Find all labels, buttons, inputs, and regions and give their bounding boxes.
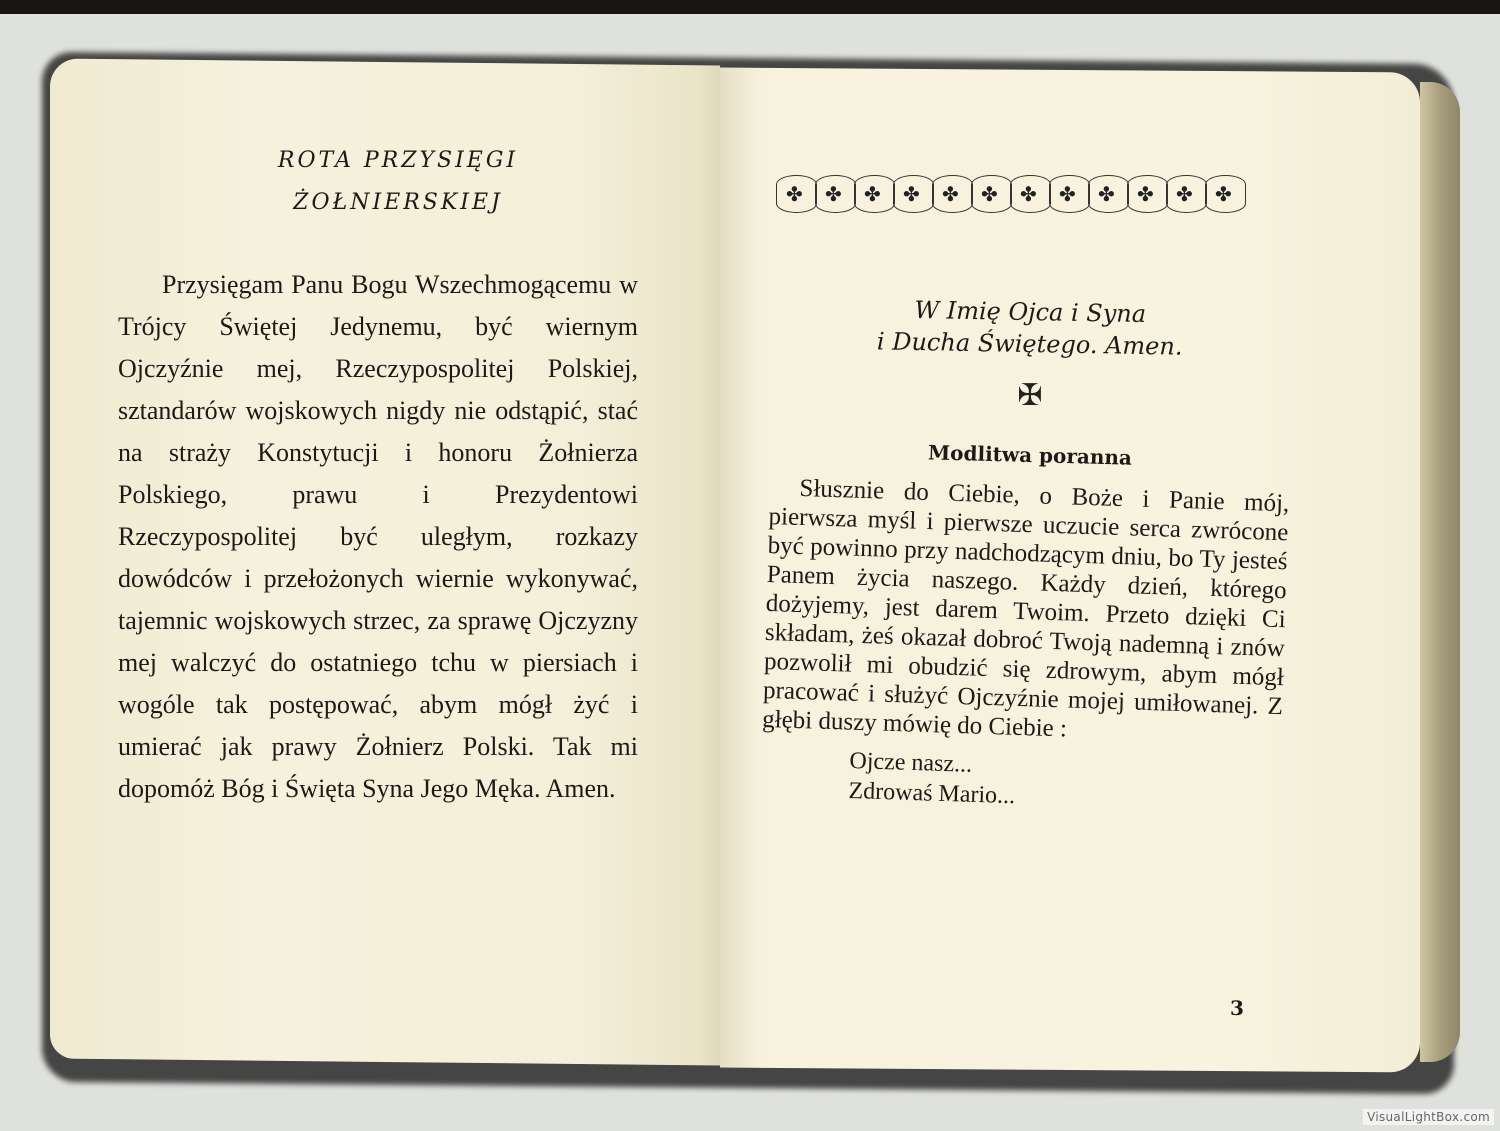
ornament-flower-icon: ✤ (776, 173, 815, 215)
oath-title-line2: ŻOŁNIERSKIEJ (293, 190, 503, 215)
invocation-line1: W Imię Ojca i Syna (914, 296, 1146, 328)
flower-glyph-icon: ✤ (1137, 184, 1154, 204)
invocation-line2: i Ducha Świętego. Amen. (877, 327, 1183, 360)
ornament-flower-icon: ✤ (815, 173, 854, 215)
flower-glyph-icon: ✤ (1098, 184, 1115, 204)
flower-glyph-icon: ✤ (1020, 184, 1037, 204)
ornament-flower-icon: ✤ (893, 173, 932, 215)
flower-glyph-icon: ✤ (903, 184, 920, 204)
oath-text: Przysięgam Panu Bogu Wszechmogącemu w Tr… (118, 264, 638, 810)
ornament-flower-icon: ✤ (854, 173, 893, 215)
ornament-flower-icon: ✤ (1088, 173, 1127, 215)
cross-icon: ✠ (770, 378, 1290, 413)
ornament-flower-icon: ✤ (1010, 173, 1049, 215)
flower-glyph-icon: ✤ (981, 184, 998, 204)
oath-title: ROTA PRZYSIĘGI ŻOŁNIERSKIEJ (118, 140, 638, 224)
prayer-text: Słusznie do Ciebie, o Boże i Panie mój, … (762, 473, 1290, 750)
invocation: W Imię Ojca i Syna i Ducha Świętego. Ame… (769, 291, 1290, 364)
oath-body: Przysięgam Panu Bogu Wszechmogącemu w Tr… (118, 264, 638, 810)
scanner-edge-band (0, 0, 1500, 14)
right-page-content: ✤✤✤✤✤✤✤✤✤✤✤✤ W Imię Ojca i Syna i Ducha … (770, 170, 1290, 806)
prayer-title: Modlitwa poranna (770, 436, 1290, 474)
flower-glyph-icon: ✤ (864, 184, 881, 204)
flower-glyph-icon: ✤ (1215, 184, 1232, 204)
ornament-flower-icon: ✤ (1205, 173, 1244, 215)
flower-glyph-icon: ✤ (786, 184, 803, 204)
page-number: 3 (1230, 996, 1244, 1020)
ornament-flower-icon: ✤ (1166, 173, 1205, 215)
watermark: VisualLightBox.com (1363, 1109, 1494, 1125)
left-page-content: ROTA PRZYSIĘGI ŻOŁNIERSKIEJ Przysięgam P… (118, 140, 638, 810)
flower-glyph-icon: ✤ (825, 184, 842, 204)
ornament-flower-icon: ✤ (932, 173, 971, 215)
oath-title-line1: ROTA PRZYSIĘGI (278, 148, 518, 173)
ornament-flower-icon: ✤ (1049, 173, 1088, 215)
flower-glyph-icon: ✤ (942, 184, 959, 204)
ornament-flower-icon: ✤ (1127, 173, 1166, 215)
flower-glyph-icon: ✤ (1059, 184, 1076, 204)
page-edges (1420, 82, 1460, 1062)
ornament-flower-icon: ✤ (971, 173, 1010, 215)
flower-glyph-icon: ✤ (1176, 184, 1193, 204)
prayer-body: Słusznie do Ciebie, o Boże i Panie mój, … (762, 473, 1290, 750)
decorative-ornament-border: ✤✤✤✤✤✤✤✤✤✤✤✤ (776, 170, 1290, 218)
